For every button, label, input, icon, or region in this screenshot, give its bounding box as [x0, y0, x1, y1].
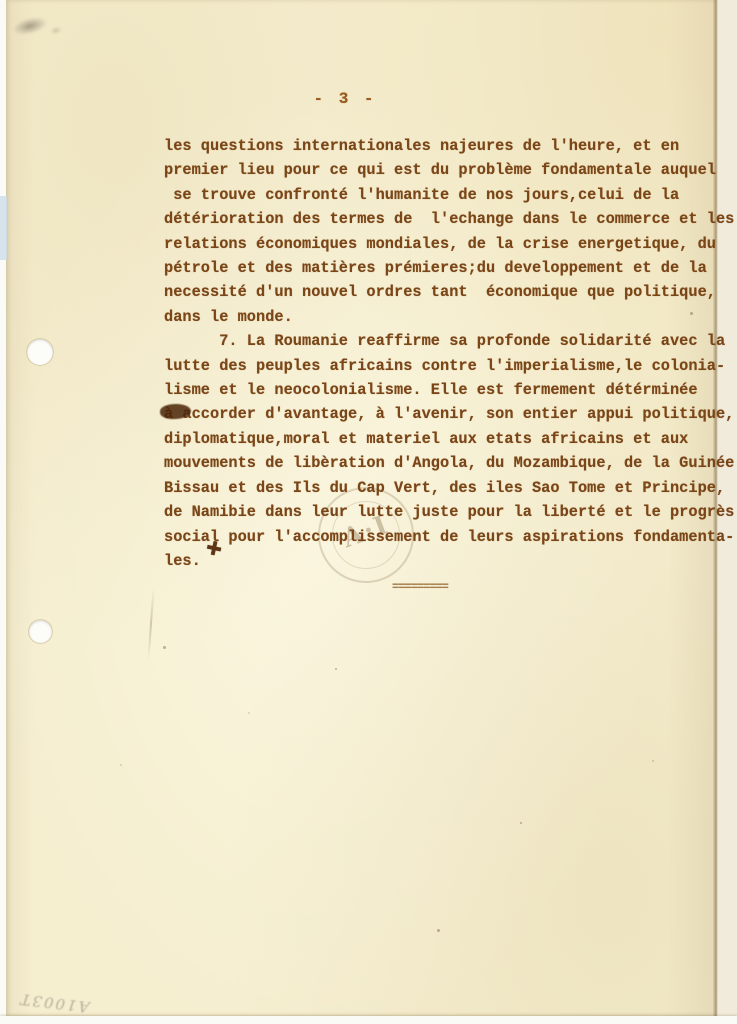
paper-speck: [652, 760, 654, 762]
page-number: - 3 -: [300, 90, 390, 108]
paper-speck: [437, 929, 440, 932]
scanner-background-left: [0, 0, 6, 1024]
typed-body-text: les questions internationales najeures d…: [164, 134, 737, 573]
paper-speck: [248, 712, 250, 714]
paper-speck: [335, 668, 337, 670]
paragraph-2: 7. La Roumanie reaffirme sa profonde sol…: [164, 329, 737, 573]
typed-separator: =========: [392, 580, 448, 594]
paragraph-1: les questions internationales najeures d…: [164, 134, 737, 329]
scanner-background-bottom: [0, 1016, 737, 1024]
paper-speck: [163, 646, 166, 649]
paper-speck: [520, 822, 522, 824]
paper-speck: [120, 764, 122, 766]
punch-hole-top: [27, 339, 53, 365]
punch-hole-bottom: [29, 620, 52, 643]
blue-edge-patch: [0, 196, 7, 260]
